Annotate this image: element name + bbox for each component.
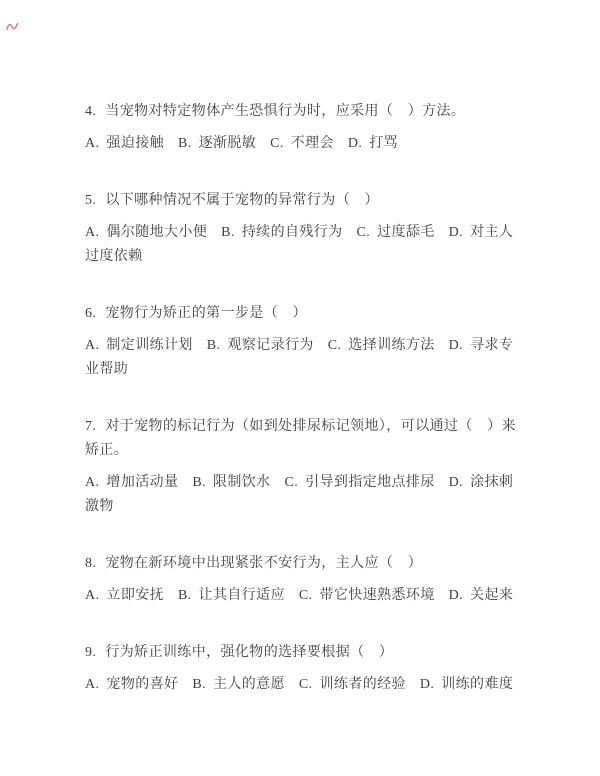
pink-scribble-mark — [6, 21, 19, 32]
question-stem-line: 9.行为矫正训练中，强化物的选择要根据（ ） — [85, 641, 527, 665]
option-b: B.限制饮水 — [192, 475, 270, 490]
option-c: C.训练者的经验 — [299, 677, 406, 692]
option-text: 让其自行适应 — [199, 588, 285, 603]
option-d: D.打骂 — [348, 136, 398, 151]
option-label: B. — [178, 588, 192, 603]
question-stem: 以下哪种情况不属于宠物的异常行为（ ） — [105, 193, 379, 208]
question-stem: 行为矫正训练中，强化物的选择要根据（ ） — [105, 645, 393, 660]
question-stem-line: 8.宠物在新环境中出现紧张不安行为，主人应（ ） — [85, 552, 527, 576]
option-text: 关起来 — [470, 588, 513, 603]
question-number: 5. — [85, 193, 96, 208]
question-stem-line: 5.以下哪种情况不属于宠物的异常行为（ ） — [85, 189, 527, 213]
option-label: C. — [357, 225, 371, 240]
option-label: D. — [449, 588, 463, 603]
option-text: 宠物的喜好 — [106, 677, 178, 692]
question-stem: 宠物在新环境中出现紧张不安行为，主人应（ ） — [105, 556, 422, 571]
quiz-content: 4.当宠物对特定物体产生恐惧行为时，应采用（ ）方法。 A.强迫接触 B.逐渐脱… — [85, 100, 527, 730]
option-b: B.主人的意愿 — [192, 677, 285, 692]
option-label: D. — [449, 225, 463, 240]
options-line: A.宠物的喜好 B.主人的意愿 C.训练者的经验 D.训练的难度 — [85, 673, 527, 697]
option-label: C. — [328, 338, 342, 353]
option-text: 增加活动量 — [106, 475, 178, 490]
option-text: 偶尔随地大小便 — [106, 225, 207, 240]
option-a: A.制定训练计划 — [85, 338, 193, 353]
question-stem-line: 4.当宠物对特定物体产生恐惧行为时，应采用（ ）方法。 — [85, 100, 527, 124]
option-label: A. — [85, 225, 99, 240]
option-text: 带它快速熟悉环境 — [320, 588, 435, 603]
option-b: B.持续的自残行为 — [221, 225, 342, 240]
option-label: C. — [299, 677, 313, 692]
question-stem-line: 7.对于宠物的标记行为（如到处排尿标记领地），可以通过（ ）来矫正。 — [85, 415, 527, 463]
question-block-9: 9.行为矫正训练中，强化物的选择要根据（ ） A.宠物的喜好 B.主人的意愿 C… — [85, 641, 527, 697]
option-a: A.偶尔随地大小便 — [85, 225, 207, 240]
question-stem: 宠物行为矫正的第一步是（ ） — [105, 306, 307, 321]
option-c: C.带它快速熟悉环境 — [299, 588, 435, 603]
options-line: A.偶尔随地大小便 B.持续的自残行为 C.过度舔毛 D.对主人过度依赖 — [85, 221, 527, 269]
option-label: B. — [192, 677, 206, 692]
option-label: D. — [348, 136, 362, 151]
option-text: 选择训练方法 — [348, 338, 434, 353]
question-block-4: 4.当宠物对特定物体产生恐惧行为时，应采用（ ）方法。 A.强迫接触 B.逐渐脱… — [85, 100, 527, 156]
document-page: 4.当宠物对特定物体产生恐惧行为时，应采用（ ）方法。 A.强迫接触 B.逐渐脱… — [0, 0, 600, 776]
option-label: A. — [85, 136, 99, 151]
option-label: D. — [420, 677, 434, 692]
option-label: D. — [449, 475, 463, 490]
question-number: 6. — [85, 306, 96, 321]
option-a: A.增加活动量 — [85, 475, 178, 490]
option-label: A. — [85, 588, 99, 603]
option-label: A. — [85, 677, 99, 692]
option-c: C.选择训练方法 — [328, 338, 435, 353]
question-stem-line: 6.宠物行为矫正的第一步是（ ） — [85, 302, 527, 326]
question-number: 7. — [85, 419, 96, 434]
option-text: 立即安抚 — [106, 588, 164, 603]
option-label: B. — [192, 475, 206, 490]
option-label: D. — [449, 338, 463, 353]
option-label: C. — [270, 136, 284, 151]
option-c: C.过度舔毛 — [357, 225, 435, 240]
options-line: A.强迫接触 B.逐渐脱敏 C.不理会 D.打骂 — [85, 132, 527, 156]
question-block-5: 5.以下哪种情况不属于宠物的异常行为（ ） A.偶尔随地大小便 B.持续的自残行… — [85, 189, 527, 269]
option-text: 打骂 — [369, 136, 398, 151]
option-text: 引导到指定地点排尿 — [305, 475, 435, 490]
option-label: A. — [85, 475, 99, 490]
question-number: 4. — [85, 104, 96, 119]
option-label: B. — [178, 136, 192, 151]
options-line: A.增加活动量 B.限制饮水 C.引导到指定地点排尿 D.涂抹刺激物 — [85, 471, 527, 519]
option-text: 持续的自残行为 — [242, 225, 343, 240]
question-block-7: 7.对于宠物的标记行为（如到处排尿标记领地），可以通过（ ）来矫正。 A.增加活… — [85, 415, 527, 519]
options-line: A.制定训练计划 B.观察记录行为 C.选择训练方法 D.寻求专业帮助 — [85, 334, 527, 382]
option-label: A. — [85, 338, 99, 353]
option-text: 训练的难度 — [441, 677, 513, 692]
question-stem: 对于宠物的标记行为（如到处排尿标记领地），可以通过（ ）来矫正。 — [85, 419, 516, 458]
option-text: 逐渐脱敏 — [199, 136, 257, 151]
option-c: C.引导到指定地点排尿 — [284, 475, 434, 490]
option-text: 训练者的经验 — [320, 677, 406, 692]
option-b: B.逐渐脱敏 — [178, 136, 256, 151]
question-number: 8. — [85, 556, 96, 571]
option-a: A.强迫接触 — [85, 136, 164, 151]
option-text: 限制饮水 — [213, 475, 271, 490]
question-stem: 当宠物对特定物体产生恐惧行为时，应采用（ ）方法。 — [105, 104, 465, 119]
option-text: 过度舔毛 — [377, 225, 435, 240]
option-text: 主人的意愿 — [213, 677, 285, 692]
question-number: 9. — [85, 645, 96, 660]
question-block-8: 8.宠物在新环境中出现紧张不安行为，主人应（ ） A.立即安抚 B.让其自行适应… — [85, 552, 527, 608]
option-text: 制定训练计划 — [106, 338, 192, 353]
option-b: B.观察记录行为 — [207, 338, 314, 353]
option-text: 不理会 — [291, 136, 334, 151]
option-text: 强迫接触 — [106, 136, 164, 151]
option-b: B.让其自行适应 — [178, 588, 285, 603]
question-block-6: 6.宠物行为矫正的第一步是（ ） A.制定训练计划 B.观察记录行为 C.选择训… — [85, 302, 527, 382]
option-label: C. — [284, 475, 298, 490]
pink-scribble-path — [7, 24, 18, 30]
options-line: A.立即安抚 B.让其自行适应 C.带它快速熟悉环境 D.关起来 — [85, 584, 527, 608]
option-a: A.立即安抚 — [85, 588, 164, 603]
option-a: A.宠物的喜好 — [85, 677, 178, 692]
option-label: C. — [299, 588, 313, 603]
option-label: B. — [207, 338, 221, 353]
option-c: C.不理会 — [270, 136, 334, 151]
option-text: 观察记录行为 — [227, 338, 313, 353]
option-d: D.训练的难度 — [420, 677, 513, 692]
option-label: B. — [221, 225, 235, 240]
option-d: D.关起来 — [449, 588, 514, 603]
